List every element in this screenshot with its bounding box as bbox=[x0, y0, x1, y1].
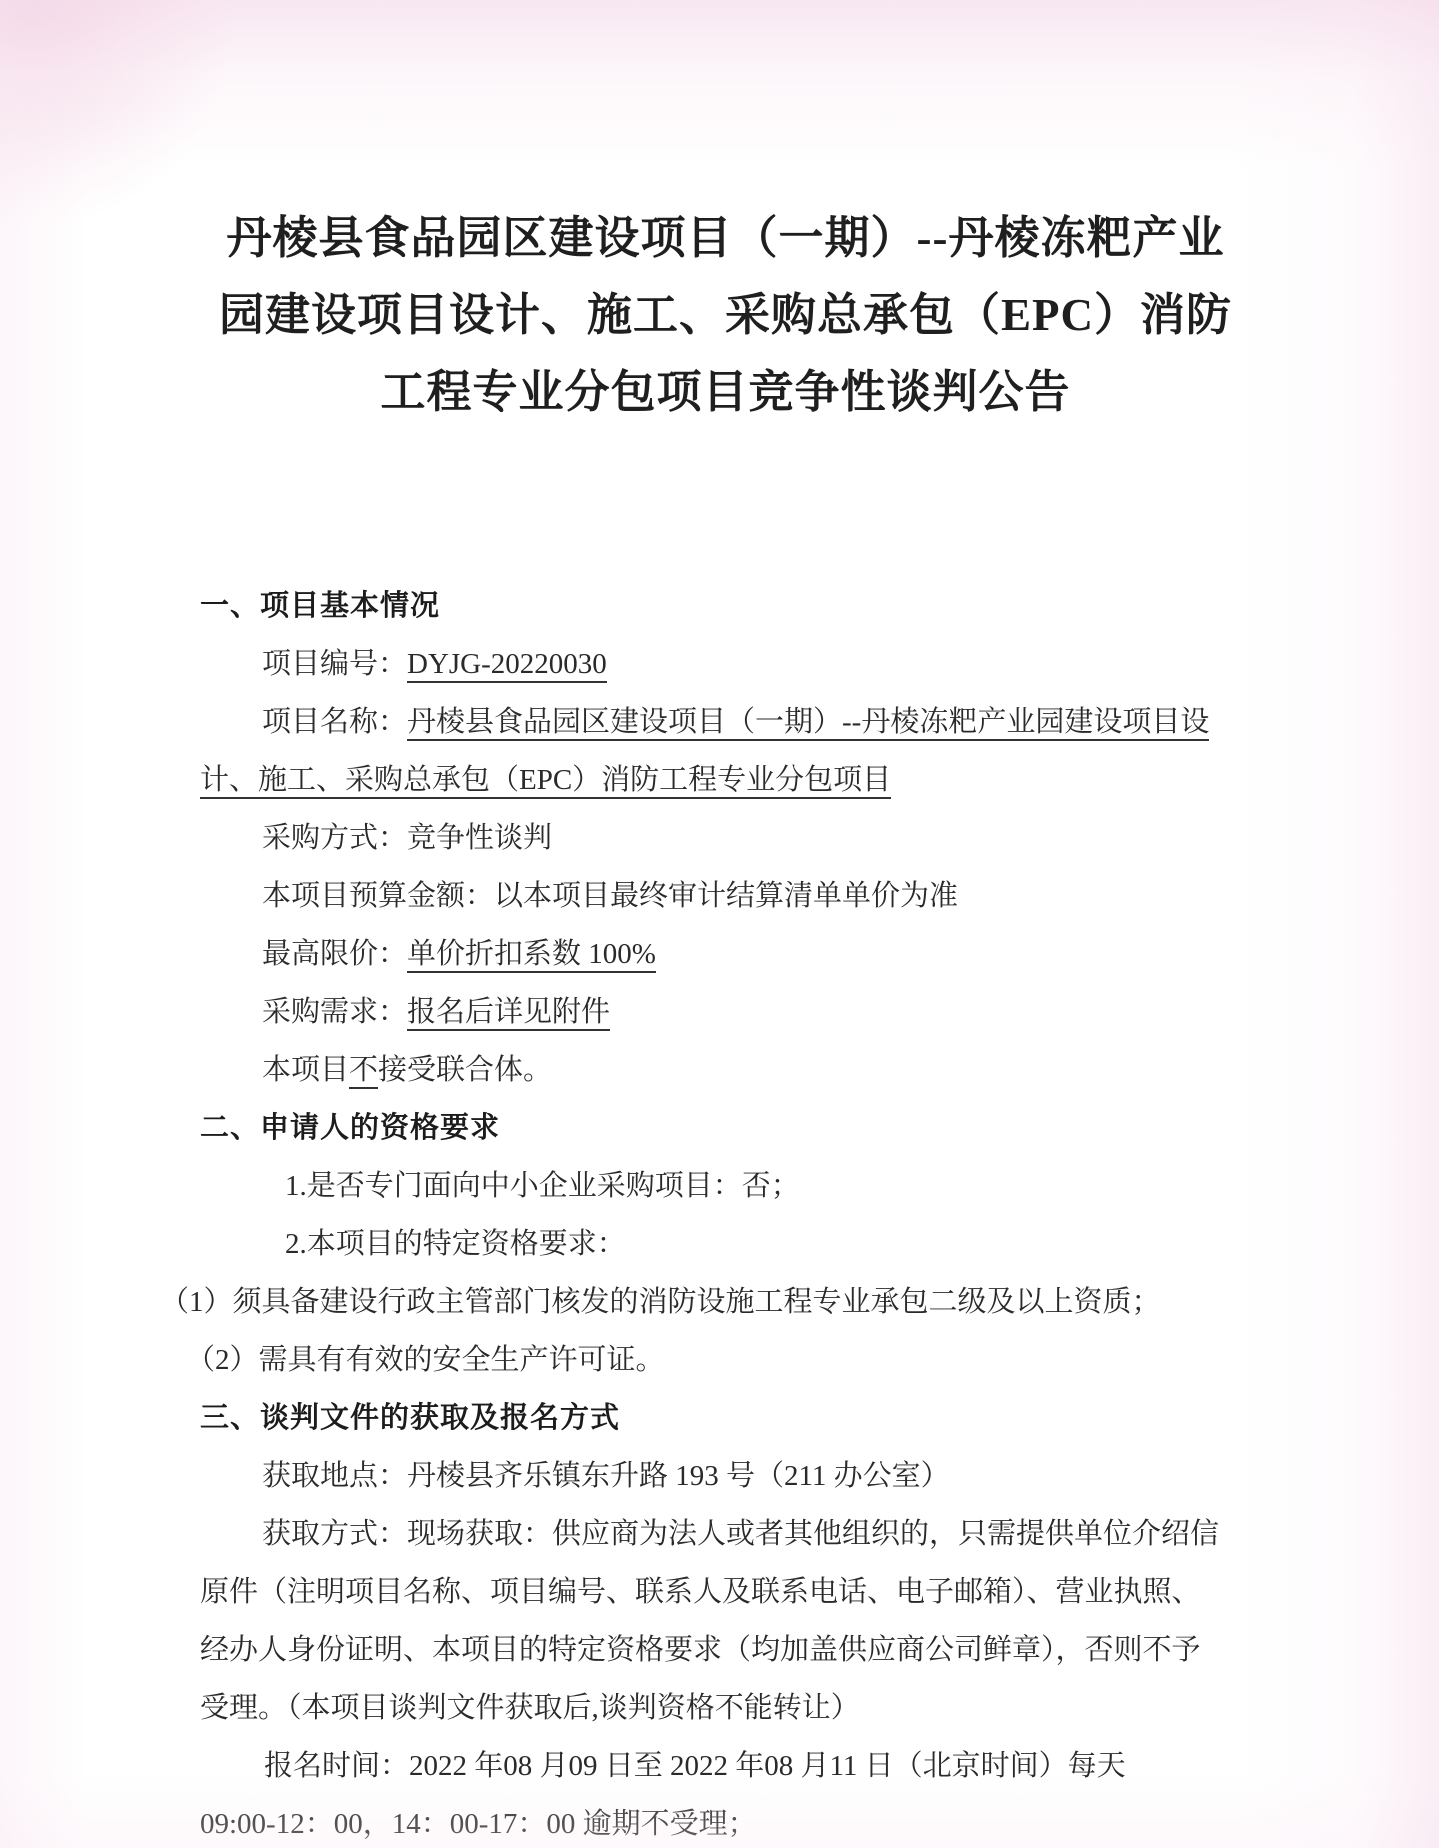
project-number-value: DYJG-20220030 bbox=[407, 648, 607, 683]
title-line-3: 工程专业分包项目竞争性谈判公告 bbox=[12, 354, 1439, 431]
obtain-method-line-3: 经办人身份证明、本项目的特定资格要求（均加盖供应商公司鲜章），否则不予 bbox=[200, 1621, 1239, 1679]
budget-line: 本项目预算金额：以本项目最终审计结算清单单价为准 bbox=[200, 867, 1239, 925]
obtain-method-line-4: 受理。（本项目谈判文件获取后,谈判资格不能转让） bbox=[200, 1679, 1239, 1737]
consortium-emphasis: 不 bbox=[349, 1054, 378, 1089]
qualification-item-2-1: （1）须具备建设行政主管部门核发的消防设施工程专业承包二级及以上资质； bbox=[160, 1273, 1239, 1331]
obtain-location-line: 获取地点：丹棱县齐乐镇东升路 193 号（211 办公室） bbox=[200, 1447, 1239, 1505]
max-price-line: 最高限价：单价折扣系数 100% bbox=[200, 925, 1239, 983]
consortium-prefix: 本项目 bbox=[262, 1054, 349, 1086]
consortium-line: 本项目不接受联合体。 bbox=[200, 1041, 1239, 1099]
document-title: 丹棱县食品园区建设项目（一期）--丹棱冻粑产业 园建设项目设计、施工、采购总承包… bbox=[0, 0, 1439, 431]
section-1-heading: 一、项目基本情况 bbox=[200, 577, 1239, 635]
qualification-item-2-2: （2）需具有有效的安全生产许可证。 bbox=[186, 1331, 1239, 1389]
obtain-method-line-2: 原件（注明项目名称、项目编号、联系人及联系电话、电子邮箱）、营业执照、 bbox=[200, 1563, 1239, 1621]
obtain-method-line-1: 获取方式：现场获取：供应商为法人或者其他组织的，只需提供单位介绍信 bbox=[200, 1505, 1239, 1563]
max-price-label: 最高限价： bbox=[262, 938, 407, 970]
project-number-label: 项目编号： bbox=[262, 648, 407, 680]
qualification-item-1: 1.是否专门面向中小企业采购项目：否； bbox=[200, 1157, 1239, 1215]
demand-value: 报名后详见附件 bbox=[407, 996, 610, 1031]
project-name-label: 项目名称： bbox=[262, 706, 407, 738]
max-price-value: 单价折扣系数 100% bbox=[407, 938, 656, 973]
title-line-1: 丹棱县食品园区建设项目（一期）--丹棱冻粑产业 bbox=[12, 200, 1439, 277]
project-name-line-2: 计、施工、采购总承包（EPC）消防工程专业分包项目 bbox=[200, 751, 1239, 809]
title-line-2: 园建设项目设计、施工、采购总承包（EPC）消防 bbox=[12, 277, 1439, 354]
project-name-line-1: 项目名称：丹棱县食品园区建设项目（一期）--丹棱冻粑产业园建设项目设 bbox=[200, 693, 1239, 751]
procurement-method-line: 采购方式：竞争性谈判 bbox=[200, 809, 1239, 867]
demand-line: 采购需求：报名后详见附件 bbox=[200, 983, 1239, 1041]
project-name-value-2: 计、施工、采购总承包（EPC）消防工程专业分包项目 bbox=[200, 764, 891, 799]
project-name-value-1: 丹棱县食品园区建设项目（一期）--丹棱冻粑产业园建设项目设 bbox=[407, 706, 1209, 741]
section-2-heading: 二、申请人的资格要求 bbox=[200, 1099, 1239, 1157]
section-3-heading: 三、谈判文件的获取及报名方式 bbox=[200, 1389, 1239, 1447]
qualification-item-2: 2.本项目的特定资格要求： bbox=[200, 1215, 1239, 1273]
demand-label: 采购需求： bbox=[262, 996, 407, 1028]
project-number-line: 项目编号：DYJG-20220030 bbox=[200, 635, 1239, 693]
registration-time-line-1: 报名时间：2022 年08 月09 日至 2022 年08 月11 日（北京时间… bbox=[200, 1737, 1239, 1795]
registration-time-line-2: 09:00-12：00，14：00-17：00 逾期不受理； bbox=[200, 1795, 1239, 1848]
consortium-suffix: 接受联合体。 bbox=[378, 1054, 552, 1086]
document-page: 丹棱县食品园区建设项目（一期）--丹棱冻粑产业 园建设项目设计、施工、采购总承包… bbox=[0, 0, 1439, 1848]
document-body: 一、项目基本情况 项目编号：DYJG-20220030 项目名称：丹棱县食品园区… bbox=[0, 577, 1439, 1848]
